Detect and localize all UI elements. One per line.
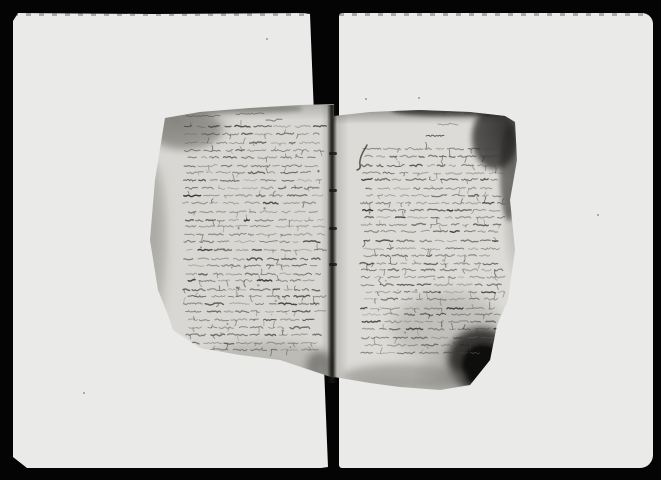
gutter-stitch <box>329 152 337 155</box>
backing-sheet-torn-top-edge <box>339 13 653 16</box>
dust-speck <box>266 38 268 40</box>
dust-speck <box>418 97 420 99</box>
dust-speck <box>83 392 85 394</box>
gutter-stitch <box>329 227 337 230</box>
manuscript-right-page <box>334 104 519 396</box>
dust-speck <box>365 98 367 100</box>
dust-speck <box>597 214 599 216</box>
book-gutter <box>327 105 337 383</box>
backing-sheet-torn-top-edge <box>13 13 328 16</box>
gutter-stitch <box>329 263 337 266</box>
scan-background <box>0 0 661 480</box>
handwriting-right-page <box>334 104 519 396</box>
gutter-stitch <box>329 189 337 192</box>
